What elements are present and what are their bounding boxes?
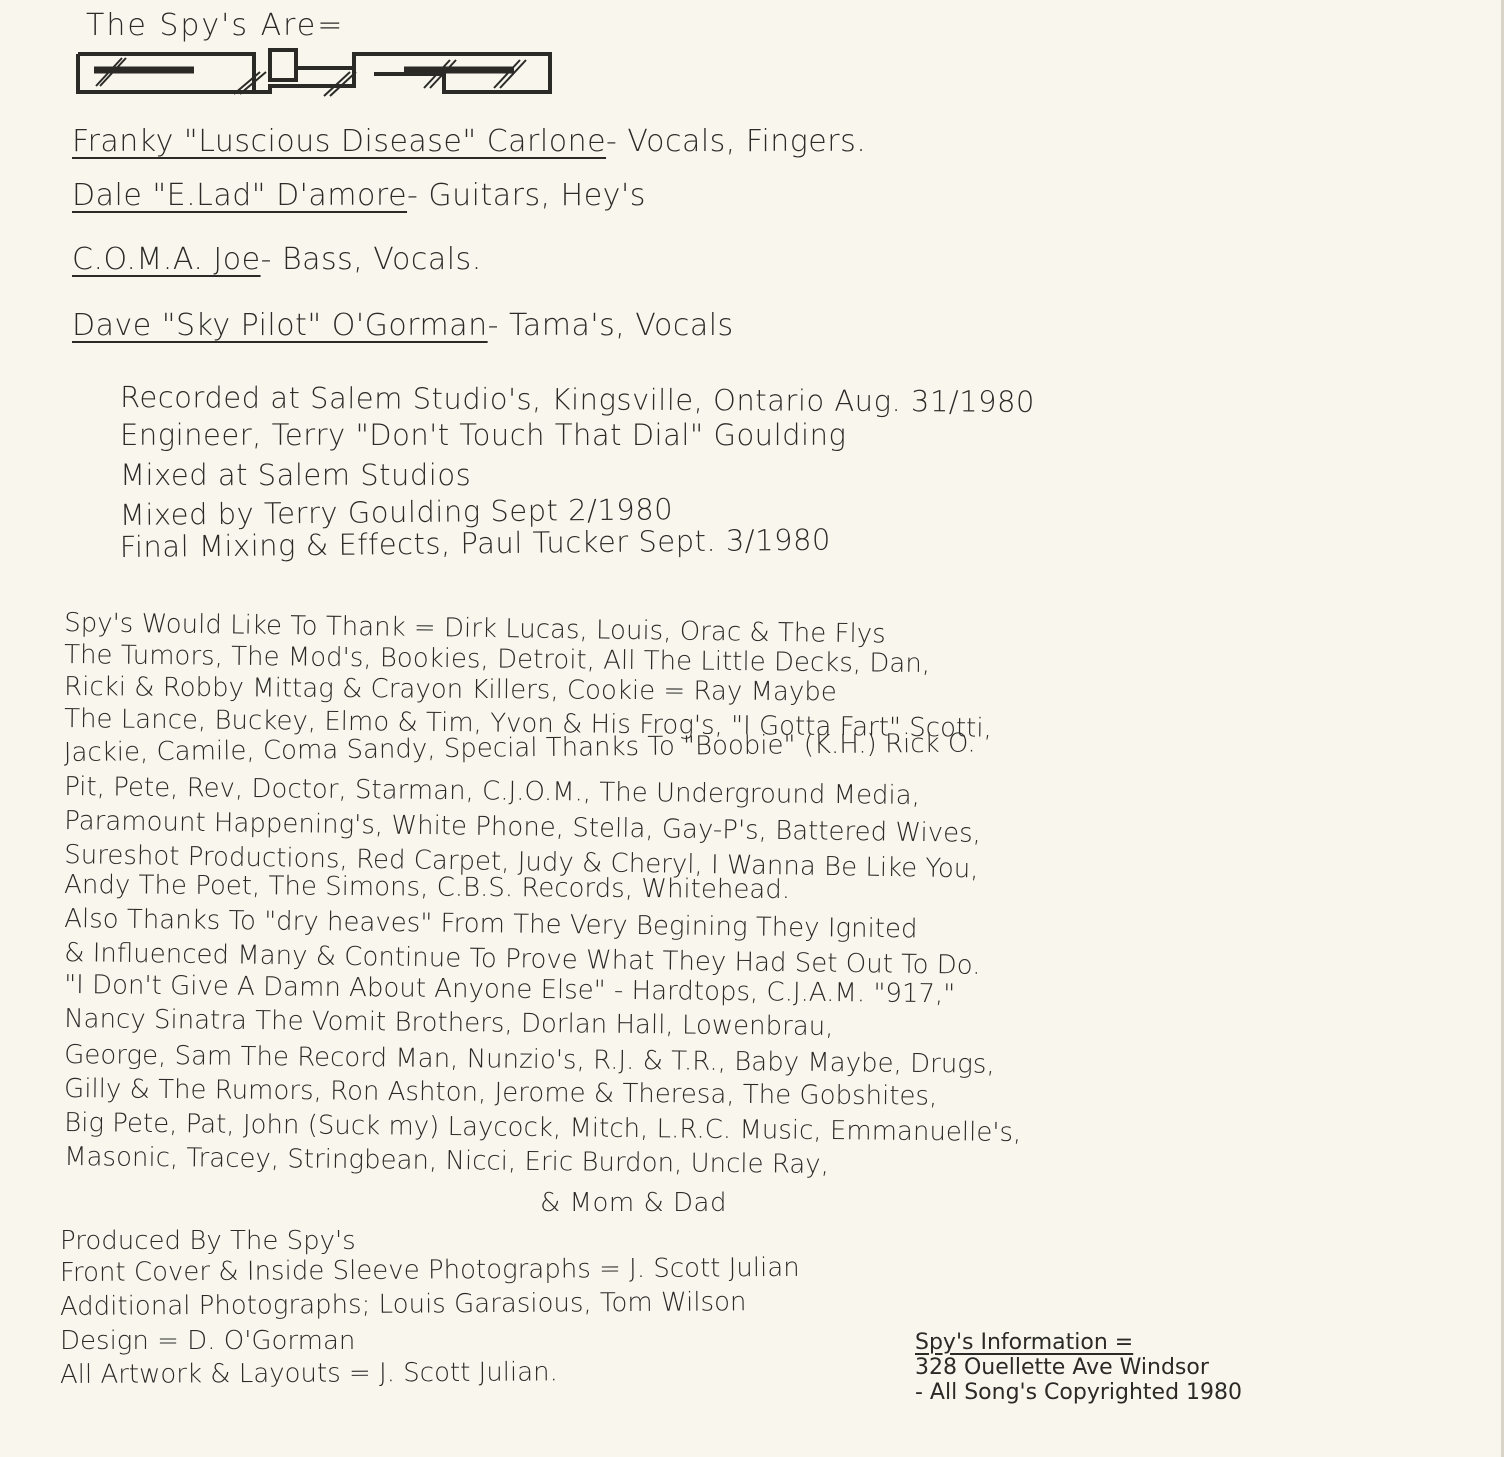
- thanks-line: Nancy Sinatra The Vomit Brothers, Dorlan…: [64, 1004, 834, 1042]
- band-info: Spy's Information = 328 Ouellette Ave Wi…: [915, 1330, 1242, 1405]
- thanks-line: Andy The Poet, The Simons, C.B.S. Record…: [64, 870, 790, 905]
- credit-line: Final Mixing & Effects, Paul Tucker Sept…: [120, 523, 831, 564]
- member-name: Dale "E.Lad" D'amore: [72, 178, 407, 213]
- thanks-line: Also Thanks To "dry heaves" From The Ver…: [64, 904, 918, 944]
- member-name: Franky "Luscious Disease" Carlone: [72, 124, 606, 159]
- member-line: Dave "Sky Pilot" O'Gorman- Tama's, Vocal…: [72, 308, 734, 343]
- thanks-line: Pit, Pete, Rev, Doctor, Starman, C.J.O.M…: [64, 772, 920, 811]
- closing-line: & Mom & Dad: [540, 1188, 727, 1218]
- info-heading: Spy's Information =: [915, 1330, 1242, 1355]
- production-line: Produced By The Spy's: [60, 1226, 356, 1256]
- info-copyright: - All Song's Copyrighted 1980: [915, 1380, 1242, 1405]
- member-line: Franky "Luscious Disease" Carlone- Vocal…: [72, 124, 866, 159]
- member-name: Dave "Sky Pilot" O'Gorman: [72, 308, 488, 343]
- member-line: Dale "E.Lad" D'amore- Guitars, Hey's: [72, 178, 646, 213]
- thanks-line: Gilly & The Rumors, Ron Ashton, Jerome &…: [64, 1074, 937, 1112]
- credit-line: Engineer, Terry "Don't Touch That Dial" …: [120, 418, 846, 452]
- thanks-line: Masonic, Tracey, Stringbean, Nicci, Eric…: [64, 1142, 829, 1180]
- thanks-line: Big Pete, Pat, John (Suck my) Laycock, M…: [64, 1108, 1021, 1148]
- member-role: - Tama's, Vocals: [488, 308, 734, 343]
- production-line: All Artwork & Layouts = J. Scott Julian.: [60, 1357, 558, 1390]
- production-line: Additional Photographs; Louis Garasious,…: [60, 1287, 747, 1322]
- credit-line: Recorded at Salem Studio's, Kingsville, …: [120, 380, 1035, 419]
- info-address: 328 Ouellette Ave Windsor: [915, 1355, 1242, 1380]
- member-line: C.O.M.A. Joe- Bass, Vocals.: [72, 242, 482, 277]
- production-line: Front Cover & Inside Sleeve Photographs …: [60, 1253, 800, 1288]
- spys-logo-icon: [74, 48, 554, 98]
- member-name: C.O.M.A. Joe: [72, 242, 261, 277]
- member-role: - Bass, Vocals.: [261, 242, 482, 277]
- thanks-line: Ricki & Robby Mittag & Crayon Killers, C…: [64, 672, 837, 707]
- member-role: - Guitars, Hey's: [407, 178, 646, 213]
- page-title: The Spy's Are=: [86, 8, 344, 43]
- liner-notes-sheet: The Spy's Are= Franky "Luscious Disease"…: [0, 0, 1504, 1457]
- production-line: Design = D. O'Gorman: [60, 1326, 355, 1356]
- thanks-line: George, Sam The Record Man, Nunzio's, R.…: [64, 1040, 995, 1080]
- member-role: - Vocals, Fingers.: [606, 124, 866, 159]
- credit-line: Mixed at Salem Studios: [120, 458, 471, 492]
